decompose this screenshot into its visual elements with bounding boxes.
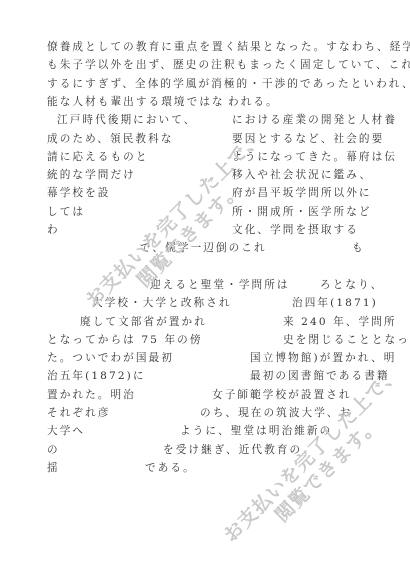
text-line: 女子師範学校が設置され: [212, 389, 352, 402]
text-line: 統的な学問だけ: [47, 169, 136, 182]
text-line: 置かれた。明治: [47, 389, 136, 402]
text-line: た。ついでわが国最初: [47, 352, 174, 365]
text-line: も: [352, 242, 365, 255]
text-line: 要因とするなど、社会的要: [232, 133, 384, 146]
text-line: 江戸時代後期において、: [57, 114, 196, 127]
text-line: われる。: [228, 96, 279, 109]
text-line: 移入や社会状況に鑑み、: [232, 169, 372, 182]
text-line: を受け継ぎ、近代教育の: [163, 444, 302, 457]
text-line: となってからは 75 年の傍: [47, 334, 203, 347]
text-line: するにすぎず、全体的学風が消極的・干渉的であったといわれ、当然有: [47, 78, 410, 91]
document-page: 僚養成としての教育に重点を置く結果となった。すなわち、経学は一歩も朱子学以外を出…: [0, 0, 410, 580]
text-line: 廃して文部省が置かれ: [80, 316, 207, 329]
text-line: のち、現在の筑波大学、お: [200, 407, 352, 420]
text-line: の: [47, 444, 60, 457]
text-line: 来 240 年、学問所: [283, 316, 397, 329]
text-line: 能な人材も輩出する環境ではな: [47, 96, 225, 109]
text-line: 僚養成としての教育に重点を置く結果となった。すなわち、経学は一歩: [47, 41, 410, 54]
text-line: しては: [47, 206, 85, 219]
text-line: 迎えると聖堂・学問所は: [150, 279, 290, 292]
text-line: ようになってきた。幕府は伝: [232, 151, 397, 164]
text-line: における産業の開発と人材養: [232, 114, 397, 127]
text-line: 最初の図書館である書籍: [250, 370, 390, 383]
text-line: 大学校・大学と改称され: [92, 297, 232, 310]
text-line: である。: [145, 462, 196, 475]
text-line: で、儒学一辺倒のこれ: [140, 242, 267, 255]
text-line: それぞれ彦: [47, 407, 110, 420]
text-line: 史を閉じることとなっ: [283, 334, 410, 347]
text-line: 請に応えるものと: [47, 151, 149, 164]
text-line: も朱子学以外を出ず、歴史の注釈もまったく固定していて、これを固守: [47, 59, 410, 72]
text-line: 成のため、領民教科な: [47, 133, 174, 146]
text-line: 所・開成所・医学所など: [232, 206, 372, 219]
text-line: 治四年(1871): [292, 297, 378, 310]
text-line: ろとなり、: [320, 279, 383, 292]
text-line: ように、聖堂は明治維新の: [180, 425, 332, 438]
text-line: 幕学校を設: [47, 187, 110, 200]
text-line: 大学へ: [47, 425, 85, 438]
text-line: 国立博物館)が置かれ、明: [250, 352, 397, 365]
text-line: 揺: [47, 462, 60, 475]
text-line: わ: [47, 224, 60, 237]
text-line: 文化、学問を摂取する: [232, 224, 359, 237]
text-line: 治五年(1872)に: [47, 370, 146, 383]
text-line: 府が昌平坂学問所以外に: [232, 187, 372, 200]
